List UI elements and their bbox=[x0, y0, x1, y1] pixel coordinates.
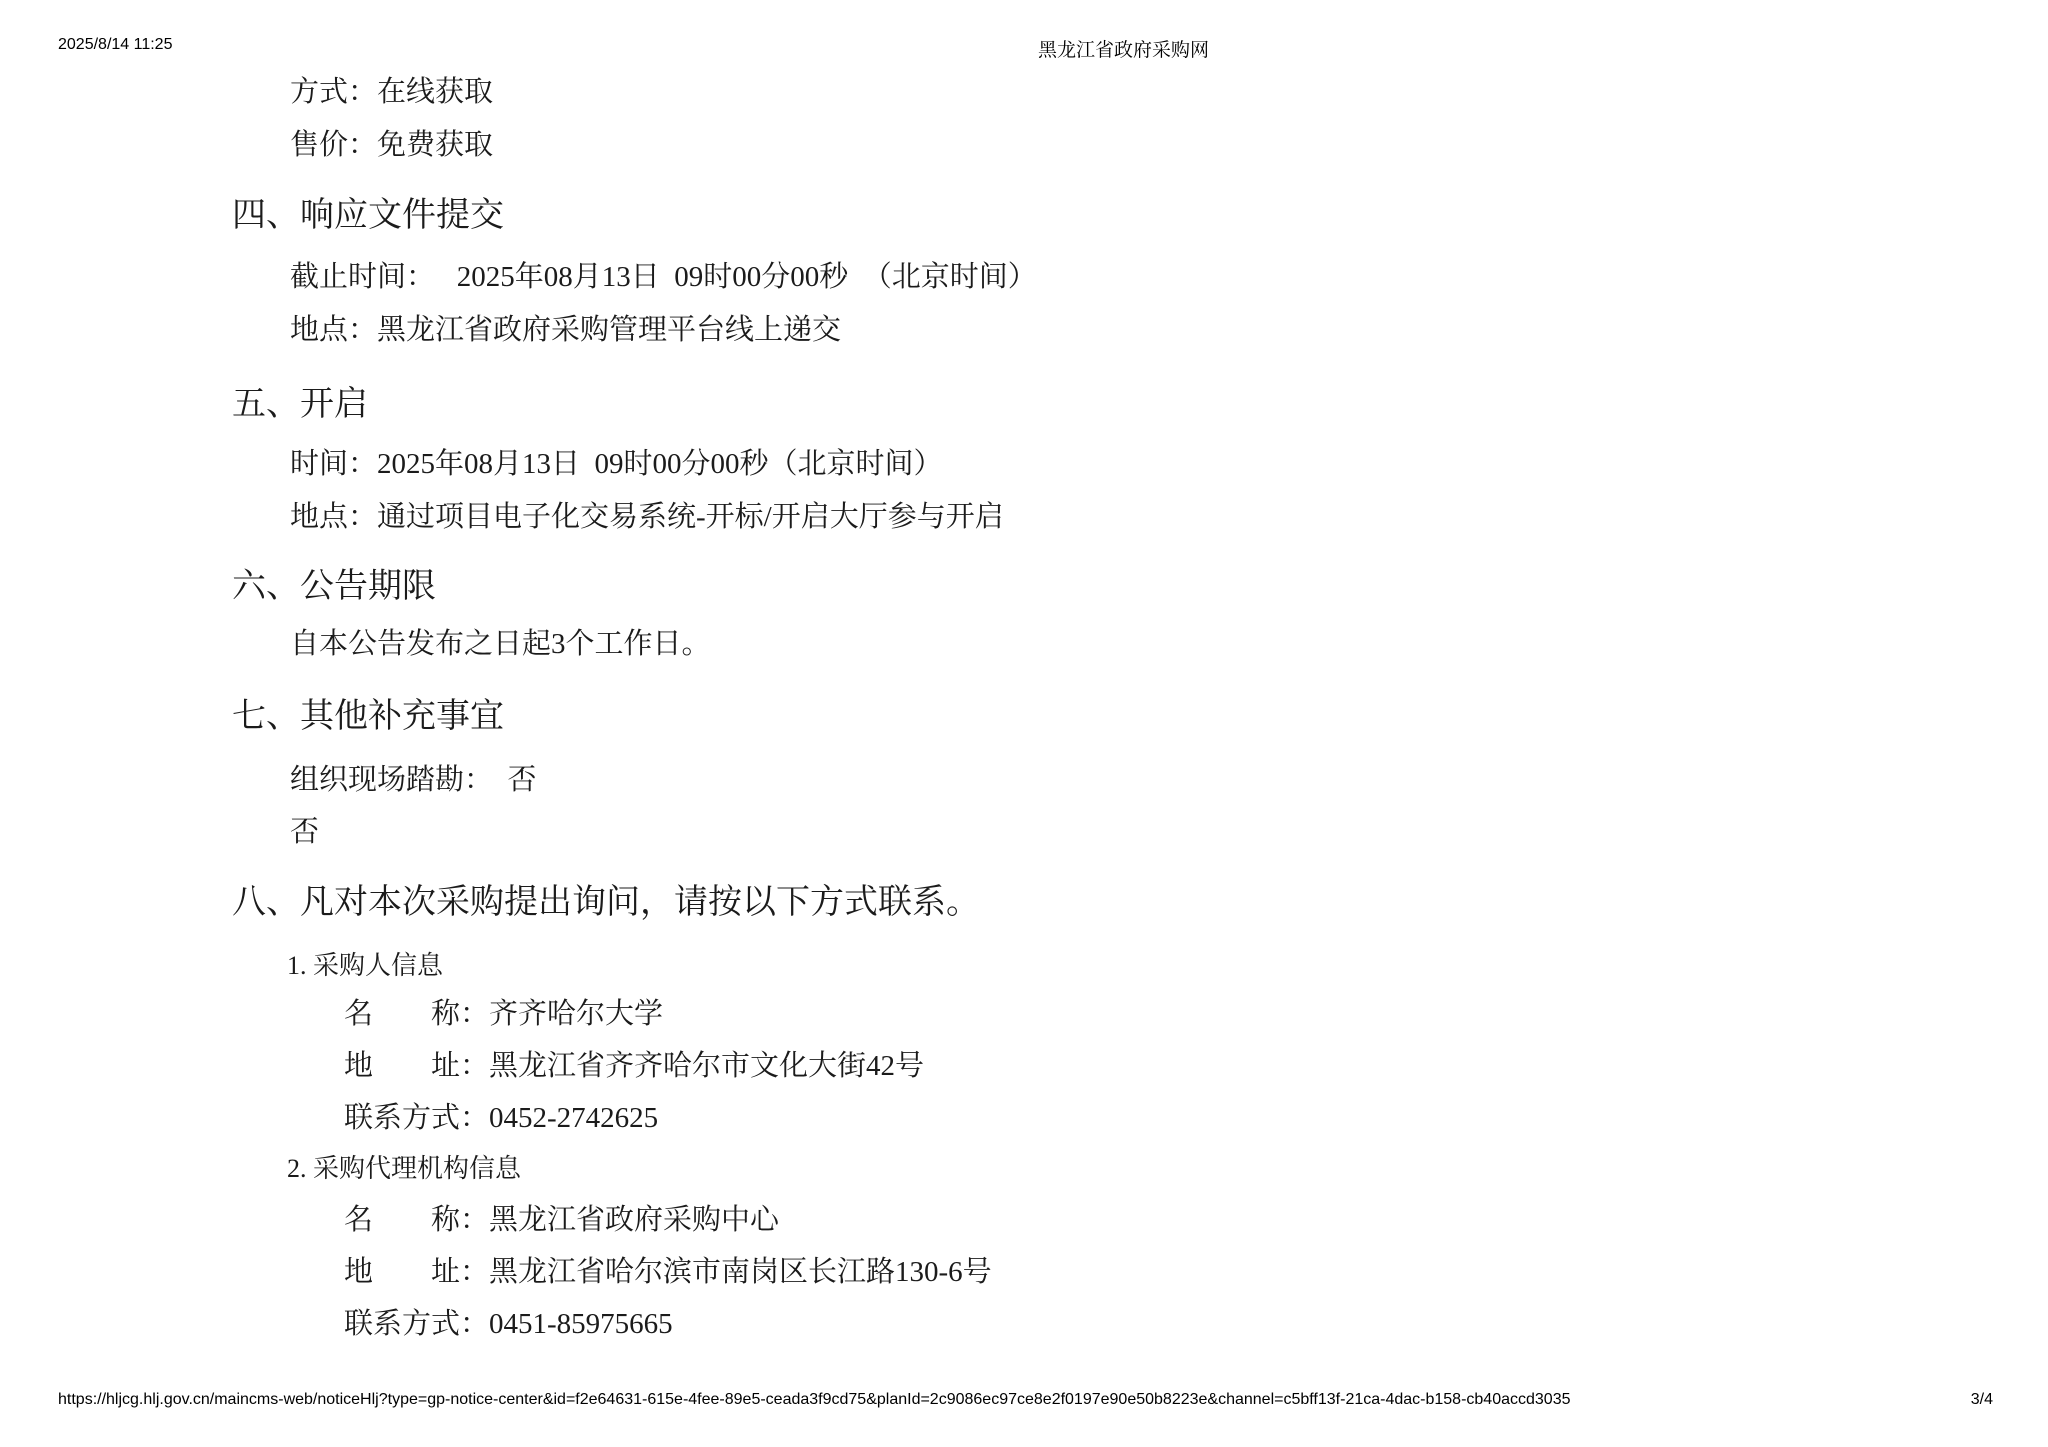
print-footer-url: https://hljcg.hlj.gov.cn/maincms-web/not… bbox=[58, 1391, 1571, 1409]
purchaser-contact-line: 联系方式：0452-2742625 bbox=[344, 1104, 658, 1133]
section-4-heading: 四、响应文件提交 bbox=[232, 199, 504, 233]
section-5-place-line: 地点：通过项目电子化交易系统-开标/开启大厅参与开启 bbox=[290, 503, 1004, 532]
agency-name-line: 名 称：黑龙江省政府采购中心 bbox=[344, 1206, 779, 1235]
section-6-body-line: 自本公告发布之日起3个工作日。 bbox=[290, 630, 711, 659]
purchaser-address-line: 地 址：黑龙江省齐齐哈尔市文化大街42号 bbox=[344, 1052, 924, 1081]
section-5-heading: 五、开启 bbox=[232, 388, 368, 422]
agency-info-label: 2. 采购代理机构信息 bbox=[287, 1156, 521, 1182]
tender-doc-price-line: 售价：免费获取 bbox=[290, 131, 493, 160]
print-header-site-title: 黑龙江省政府采购网 bbox=[1038, 35, 1209, 62]
tender-doc-method-line: 方式：在线获取 bbox=[290, 78, 493, 107]
print-footer-page-indicator: 3/4 bbox=[1971, 1391, 1993, 1409]
purchaser-info-label: 1. 采购人信息 bbox=[287, 953, 443, 979]
section-6-heading: 六、公告期限 bbox=[232, 570, 436, 604]
print-header-datetime: 2025/8/14 11:25 bbox=[58, 36, 172, 54]
purchaser-name-line: 名 称：齐齐哈尔大学 bbox=[344, 1000, 663, 1029]
agency-address-line: 地 址：黑龙江省哈尔滨市南岗区长江路130-6号 bbox=[344, 1258, 992, 1287]
section-4-place-line: 地点：黑龙江省政府采购管理平台线上递交 bbox=[290, 316, 841, 345]
section-7-site-survey-line: 组织现场踏勘： 否 bbox=[290, 766, 537, 795]
section-5-time-line: 时间：2025年08月13日 09时00分00秒（北京时间） bbox=[290, 450, 943, 479]
print-page: 2025/8/14 11:25 黑龙江省政府采购网 方式：在线获取 售价：免费获… bbox=[0, 0, 2048, 1447]
agency-contact-line: 联系方式：0451-85975665 bbox=[344, 1310, 673, 1339]
section-7-heading: 七、其他补充事宜 bbox=[232, 700, 504, 734]
section-8-heading: 八、凡对本次采购提出询问，请按以下方式联系。 bbox=[232, 886, 980, 920]
section-4-deadline-line: 截止时间： 2025年08月13日 09时00分00秒 （北京时间） bbox=[290, 263, 1037, 292]
section-7-extra-line: 否 bbox=[290, 818, 319, 847]
